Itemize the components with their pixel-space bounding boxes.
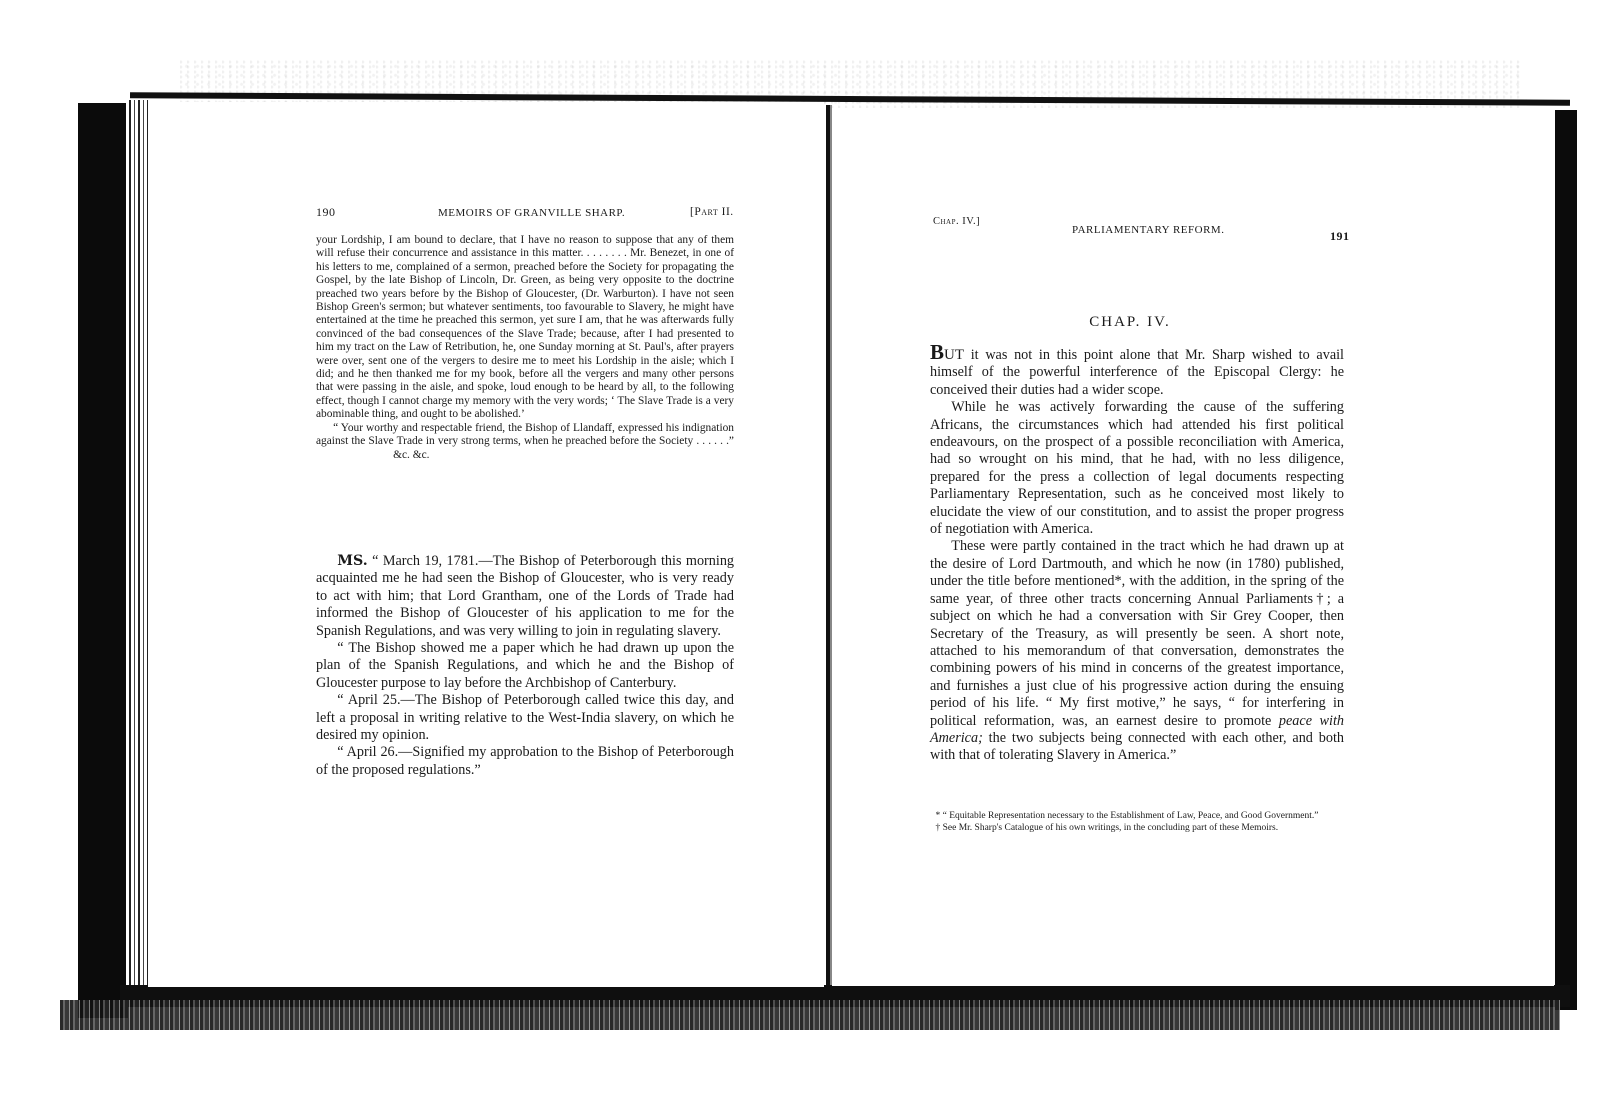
letter-paragraph: your Lordship, I am bound to declare, th… — [316, 234, 734, 422]
page-edges-left — [126, 100, 148, 1000]
chapter-paragraph-tail: the two subjects being connected with ea… — [930, 730, 1344, 763]
letter-paragraph-text: “ Your worthy and respectable friend, th… — [316, 422, 734, 447]
letter-closing: &c. &c. — [376, 449, 429, 462]
chapter-paragraph: BUT it was not in this point alone that … — [930, 344, 1344, 399]
chapter-body: BUT it was not in this point alone that … — [930, 344, 1344, 765]
letter-excerpt: your Lordship, I am bound to declare, th… — [316, 234, 734, 462]
journal-paragraph: “ April 26.—Signified my approbation to … — [316, 744, 734, 779]
chapter-paragraph: While he was actively forwarding the cau… — [930, 399, 1344, 538]
book-cover-left — [78, 103, 128, 1018]
chapter-paragraph-text: These were partly contained in the tract… — [930, 538, 1344, 728]
footnote: * “ Equitable Representation necessary t… — [926, 810, 1338, 822]
left-running-title: MEMOIRS OF GRANVILLE SHARP. — [438, 207, 625, 219]
scan-background-bottom — [60, 1000, 1560, 1030]
ms-marker: MS. — [337, 553, 367, 569]
letter-paragraph: “ Your worthy and respectable friend, th… — [316, 422, 734, 462]
chapter-paragraph: These were partly contained in the tract… — [930, 538, 1344, 764]
book-cover-right — [1555, 110, 1577, 1010]
footnote: † See Mr. Sharp's Catalogue of his own w… — [926, 822, 1338, 834]
footnotes: * “ Equitable Representation necessary t… — [926, 810, 1338, 834]
book-gutter — [824, 105, 832, 985]
chapter-paragraph-text: it was not in this point alone that Mr. … — [930, 347, 1344, 398]
journal-paragraph-text: “ March 19, 1781.—The Bishop of Peterbor… — [316, 553, 734, 639]
journal-paragraph: MS. “ March 19, 1781.—The Bishop of Pete… — [316, 553, 734, 640]
journal-entries: MS. “ March 19, 1781.—The Bishop of Pete… — [316, 553, 734, 779]
right-running-title: PARLIAMENTARY REFORM. — [1072, 224, 1224, 236]
left-section-label: [Part II. — [690, 206, 734, 218]
right-page-number: 191 — [1330, 229, 1350, 244]
first-word: UT — [944, 347, 964, 363]
journal-paragraph: “ April 25.—The Bishop of Peterborough c… — [316, 692, 734, 744]
right-chapter-label: Chap. IV.] — [933, 216, 980, 227]
journal-paragraph: “ The Bishop showed me a paper which he … — [316, 640, 734, 692]
drop-cap: B — [930, 340, 944, 364]
chapter-heading: CHAP. IV. — [1030, 314, 1230, 331]
left-page-number: 190 — [316, 205, 336, 220]
